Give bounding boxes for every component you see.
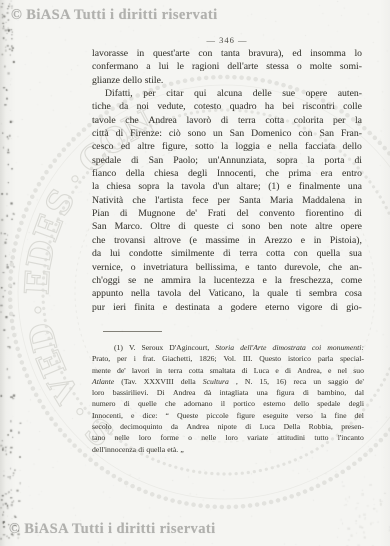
text-line: appuntonellatavoladelVaticano,laqualetis…: [92, 287, 362, 300]
text-line: cescoedaltrefigure,sottolaloggiaenellafa…: [92, 140, 362, 153]
text-line: ch'oggiseneammiralalucentezzaelafreschez…: [92, 274, 362, 287]
scanned-page: S·VED·EDES·CON © BiASA Tutti i diritti r…: [0, 0, 390, 546]
main-text-block: lavorasseinquest'artecontantabravura),ed…: [92, 47, 362, 314]
text-line: chetrovansialtrove(emassimeinArezzoeinPi…: [92, 234, 362, 247]
text-line: cittàdiFirenze:ciòsonounSanDomenicoconSa…: [92, 127, 362, 140]
text-line: mentede'lavoriinterracottasmaltatadiLuca…: [92, 365, 364, 376]
text-line: Innocenti,edice:“Questepiccolefigureeseg…: [92, 410, 364, 421]
text-line: purierifinitaedestinataagodereeternovigo…: [92, 301, 362, 314]
text-line: Nativitàchel'artistafeceperSantaMariaMad…: [92, 194, 362, 207]
footnote-separator: [103, 331, 162, 332]
text-line: dell'innocenzadiquellaetà.„: [92, 444, 364, 455]
text-line: (1)V.SerouxD'Agincourt,Storiadell'Artedi…: [92, 342, 364, 353]
text-line: Atlante(Tav.XXXVIIIdellaScultura,N.15,16…: [92, 376, 364, 387]
copyright-watermark-bottom: © BiASA Tutti i diritti riservati: [9, 521, 216, 538]
text-line: fiancodellachiesadegliInnocenti,cheprima…: [92, 167, 362, 180]
page-number: — 346 —: [92, 35, 362, 45]
text-line: tichedanoivedute,cotestoquadrohabeirisco…: [92, 100, 362, 113]
text-line: numerodiquellecheadornanoilporticoestern…: [92, 398, 364, 409]
text-line: vernice,oinvetriaturabellissima,etantodu…: [92, 261, 362, 274]
text-line: tanonelleloroformeonellelorovariateattit…: [92, 432, 364, 443]
text-line: secolodecimoquintodaAndreanipotediLucaDe…: [92, 421, 364, 432]
stamp-letter: E: [17, 269, 57, 296]
footnote-block: (1)V.SerouxD'Agincourt,Storiadell'Artedi…: [92, 342, 364, 455]
text-line: glianzedellostile.: [92, 74, 362, 87]
text-line: daluicondottesimilmentediterracottaconqu…: [92, 247, 362, 260]
text-line: lorobassirilievi.DiAndreadàintagliatauna…: [92, 387, 364, 398]
text-line: tavolecheAndrealavoròditerracottacolorit…: [92, 114, 362, 127]
stamp-letter: ·: [18, 302, 58, 317]
text-line: PiandiMugnonede'Fratidelconventofiorenti…: [92, 207, 362, 220]
text-line: SanMarco.Oltrediquestecisonobennotealtre…: [92, 220, 362, 233]
text-line: confermanoaluileragionidell'artestessaom…: [92, 60, 362, 73]
text-line: lavorasseinquest'artecontantabravura),ed…: [92, 47, 362, 60]
text-line: lachiesasopralatavolad'unaltare;(1)efina…: [92, 180, 362, 193]
copyright-watermark-top: © BiASA Tutti i diritti riservati: [11, 7, 218, 24]
text-line: spedalediSanPaolo;un'Annunziata,sopralap…: [92, 154, 362, 167]
text-line: Prato,perifrat.Giachetti,1826;Vol.III.Qu…: [92, 353, 364, 364]
text-line: Difatti,percitarquialcunadellesueopereau…: [92, 87, 362, 100]
